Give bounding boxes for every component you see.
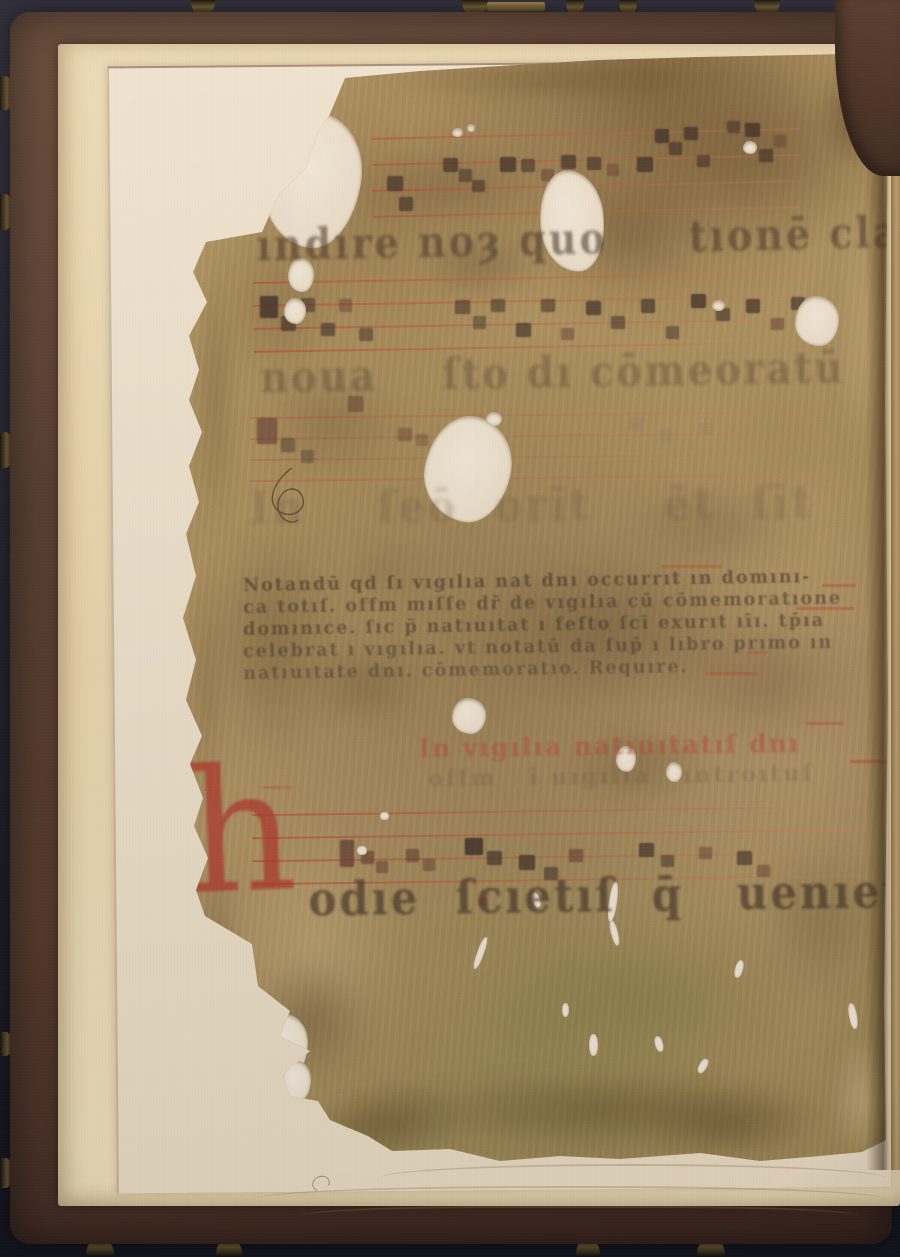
neume [699, 847, 712, 859]
chant-text-line: odıe ſcıetıſ q̄ uenıet [308, 864, 900, 927]
neume [472, 180, 485, 192]
parchment-tear [380, 812, 389, 820]
red-ink-fragment [822, 584, 856, 587]
neume [691, 294, 706, 308]
neume [607, 164, 619, 176]
parchment-hole [452, 128, 463, 137]
neume [684, 127, 698, 140]
neume [260, 296, 278, 318]
neume [586, 301, 601, 315]
neume [697, 155, 710, 167]
rubric-text-line: offm ī uıgılıa ıntroıtuſ [428, 761, 815, 792]
neume [521, 159, 535, 172]
parchment-hole [743, 141, 757, 154]
staff-line [372, 154, 800, 166]
gutter-fold-shadow [866, 52, 894, 1170]
parchment-hole [467, 124, 475, 132]
parchment-tear [357, 846, 367, 855]
staff-line [253, 295, 818, 307]
neume [406, 849, 419, 862]
neume [487, 851, 502, 865]
music-staff [250, 411, 829, 483]
parchment-hole [712, 300, 725, 311]
parchment-tear [847, 1003, 859, 1030]
neume [301, 450, 314, 463]
adjacent-folio-edge [891, 148, 900, 1170]
neume [443, 158, 458, 172]
neume [359, 328, 373, 341]
photo-of-antiphonal-manuscript-page: ındıre noȝ quo tıonē clanoua ſto dı cōme… [0, 0, 900, 1257]
neume [669, 142, 682, 155]
neume [759, 149, 773, 162]
staff-line [250, 453, 828, 461]
neume [561, 155, 576, 169]
neume [281, 438, 295, 452]
neume [398, 428, 412, 441]
chant-text-line: noua ſto dı cōmeoratū [260, 342, 846, 403]
neume [639, 843, 654, 857]
neume [423, 859, 435, 871]
neume [611, 316, 625, 329]
neume [459, 169, 472, 182]
neume [340, 840, 354, 867]
parchment-hole [452, 698, 486, 734]
red-ink-fragment [806, 722, 844, 725]
neume [569, 849, 583, 862]
parchment-stain [195, 240, 235, 540]
chant-text-line: ındıre noȝ quo tıonē cla [256, 207, 900, 271]
neume [339, 299, 352, 312]
neume [541, 299, 555, 312]
neume [666, 326, 679, 339]
staff-line [250, 432, 828, 440]
neume [774, 135, 786, 147]
neume [655, 129, 669, 143]
neume [321, 323, 335, 336]
parchment-tear [562, 1003, 569, 1017]
chant-text-line: In ſeō orīt ēt ſīt [250, 476, 815, 535]
neume [465, 838, 483, 855]
neume [519, 855, 535, 870]
neume [587, 157, 601, 170]
neume [660, 430, 672, 442]
neume [727, 121, 740, 133]
neume [491, 299, 505, 312]
parchment-hole [486, 412, 502, 426]
staff-line [252, 829, 866, 840]
neume [500, 157, 516, 172]
music-staff [252, 272, 818, 354]
parchment-tear [471, 936, 489, 970]
neume [700, 423, 712, 435]
parchment-hole [284, 298, 306, 324]
red-ink-fragment [706, 672, 758, 675]
neume [416, 434, 428, 446]
neume [473, 316, 486, 329]
neume [746, 299, 760, 313]
rubric-red-line: In vıgılıa natıuıtatıſ dnı [418, 729, 800, 763]
neume [771, 318, 784, 330]
neume [516, 323, 531, 337]
neume [637, 157, 653, 172]
neume [630, 418, 643, 430]
neume [561, 328, 574, 340]
neume [661, 855, 674, 867]
initial-h-red: h [184, 754, 299, 911]
neume [387, 176, 403, 191]
neume [745, 123, 760, 137]
parchment-stain [480, 920, 790, 1070]
neume [257, 418, 277, 444]
parchment-stain [640, 1090, 820, 1160]
flyleaf-fold-line [300, 1206, 860, 1226]
red-ink-fragment [660, 565, 722, 568]
staff-line [253, 318, 818, 330]
neume [399, 197, 413, 211]
staff-line [252, 806, 866, 817]
parchment-tear [589, 1034, 598, 1056]
neume [455, 300, 470, 314]
neume [641, 299, 655, 313]
parchment-hole [795, 296, 839, 346]
neume [737, 851, 752, 865]
